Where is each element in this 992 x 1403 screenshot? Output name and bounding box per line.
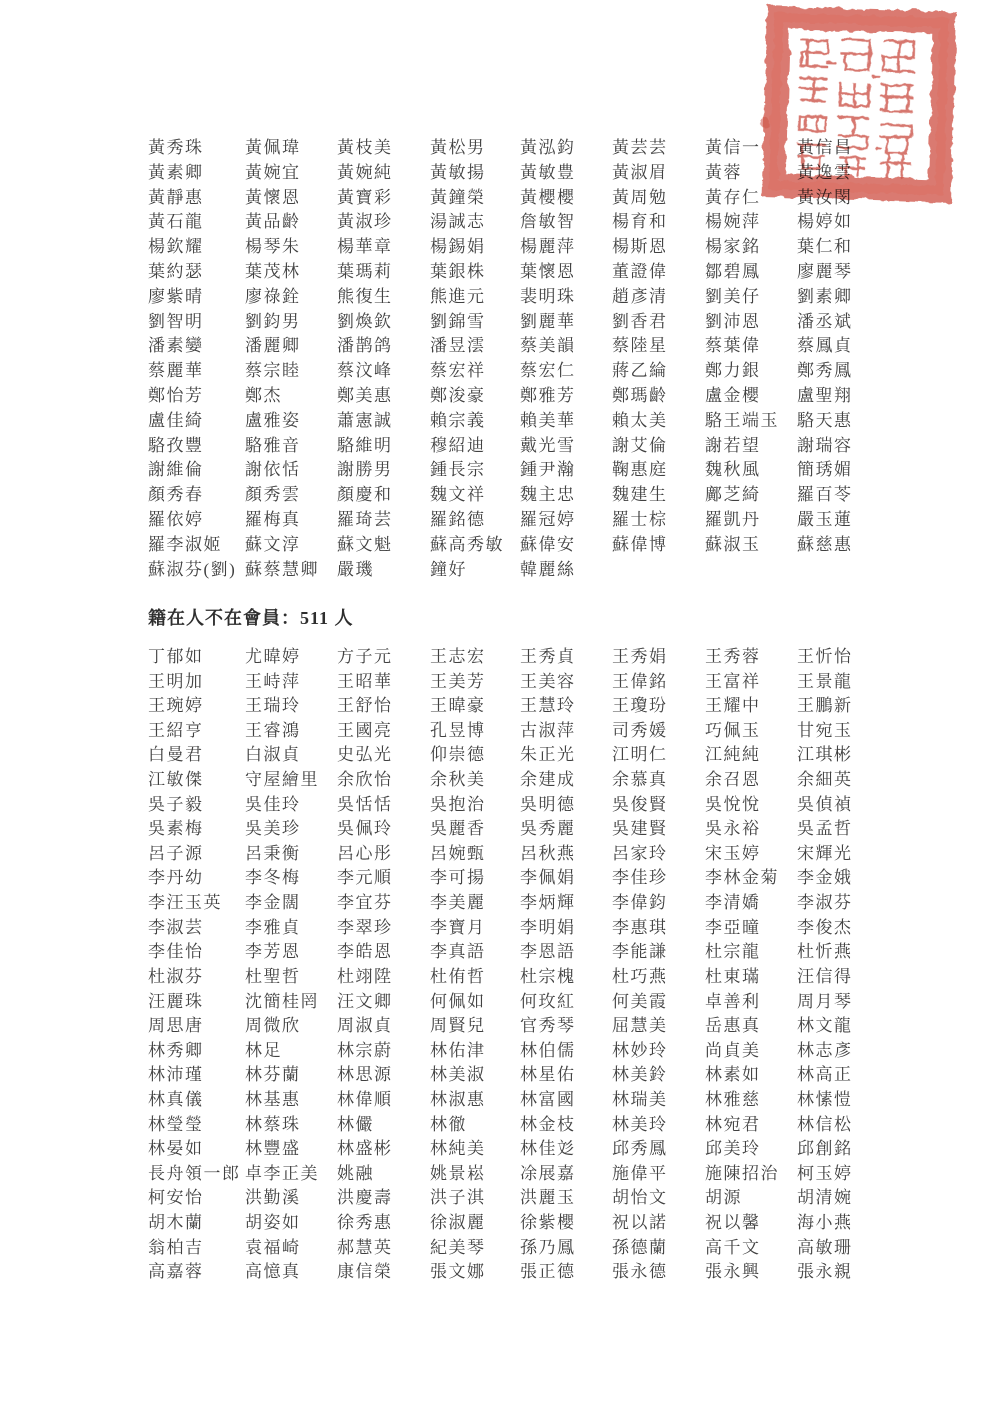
member-name: 李林金菊: [705, 866, 797, 891]
member-name: 林伯儒: [520, 1039, 612, 1064]
member-name: 胡怡文: [612, 1186, 705, 1211]
member-name: 黃寶彩: [337, 186, 430, 211]
member-name: 吳建賢: [612, 817, 705, 842]
member-name: 吳美珍: [245, 817, 337, 842]
member-name: 鄭怡芳: [148, 384, 245, 409]
member-name: 吳子毅: [148, 793, 245, 818]
member-name: 余欣怡: [337, 768, 430, 793]
name-row: 林秀卿林足林宗蔚林佑津林伯儒林妙玲尚貞美林志彥: [148, 1039, 892, 1064]
member-name: 楊家銘: [705, 235, 797, 260]
member-name: 孔昱博: [430, 719, 520, 744]
member-name: 翁柏吉: [148, 1236, 245, 1261]
member-name: 劉鈞男: [245, 310, 337, 335]
member-name: 蔡宏仁: [520, 359, 612, 384]
name-row: 呂子源呂秉衡呂心彤呂婉甄呂秋燕呂家玲宋玉婷宋輝光: [148, 842, 892, 867]
red-seal-stamp: [757, 3, 961, 207]
member-name: 謝若望: [705, 434, 797, 459]
member-name: 孫德蘭: [612, 1236, 705, 1261]
member-name: 王昭華: [337, 670, 430, 695]
member-name: 王耀中: [705, 694, 797, 719]
name-row: 羅依婷羅梅真羅琦芸羅銘德羅冠婷羅士棕羅凱丹嚴玉蓮: [148, 508, 892, 533]
member-name: 蘇文魁: [337, 533, 430, 558]
member-name: 李惠琪: [612, 916, 705, 941]
member-name: 楊麗萍: [520, 235, 612, 260]
member-name: 董證偉: [612, 260, 705, 285]
member-name: 王睿鴻: [245, 719, 337, 744]
member-name: 王峙萍: [245, 670, 337, 695]
member-name: 葉銀株: [430, 260, 520, 285]
name-row: 林沛瑾林芬蘭林思源林美淑林星佑林美鈴林素如林高正: [148, 1063, 892, 1088]
member-name: 何佩如: [430, 990, 520, 1015]
member-name: 鍾尹瀚: [520, 458, 612, 483]
member-name: 邱秀鳳: [612, 1137, 705, 1162]
member-name: 林淑惠: [430, 1088, 520, 1113]
name-row: 顏秀春顏秀雲顏慶和魏文祥魏主忠魏建生鄺芝綺羅百苓: [148, 483, 892, 508]
member-name: 張正德: [520, 1260, 612, 1285]
member-name: 周淑貞: [337, 1014, 430, 1039]
member-name: 李芳恩: [245, 940, 337, 965]
member-name: 王瑞玲: [245, 694, 337, 719]
name-row: 蘇淑芬(劉)蘇蔡慧卿嚴璣鐘好韓麗絲: [148, 558, 892, 583]
name-row: 鄭怡芳鄭杰鄭美惠鄭浚豪鄭雅芳鄭瑪齡盧金櫻盧聖翔: [148, 384, 892, 409]
member-name: 蘇淑芬(劉): [148, 558, 245, 583]
member-name: 羅琦芸: [337, 508, 430, 533]
member-name: 呂秋燕: [520, 842, 612, 867]
member-name: 杜淑芬: [148, 965, 245, 990]
member-name: 林雅慈: [705, 1088, 797, 1113]
member-name: 丁郁如: [148, 645, 245, 670]
member-name: 凃展嘉: [520, 1162, 612, 1187]
member-name: 蘇慈惠: [797, 533, 892, 558]
member-name: 呂秉衡: [245, 842, 337, 867]
name-row: 駱孜豐駱雅音駱維明穆紹迪戴光雪謝艾倫謝若望謝瑞容: [148, 434, 892, 459]
member-name: 林星佑: [520, 1063, 612, 1088]
member-name: 汪文卿: [337, 990, 430, 1015]
member-name: 吳孟哲: [797, 817, 892, 842]
member-name: 楊琴朱: [245, 235, 337, 260]
member-name: 黃櫻櫻: [520, 186, 612, 211]
member-name: 黃婉純: [337, 161, 430, 186]
member-name: 杜宗槐: [520, 965, 612, 990]
member-name: 林佑津: [430, 1039, 520, 1064]
member-name: 周思唐: [148, 1014, 245, 1039]
name-row: 李淑芸李雅貞李翠珍李寶月李明娟李惠琪李亞曈李俊杰: [148, 916, 892, 941]
member-name: 呂心彤: [337, 842, 430, 867]
member-name: 黃佩瑋: [245, 136, 337, 161]
member-name: 賴太美: [612, 409, 705, 434]
member-name: 紀美琴: [430, 1236, 520, 1261]
member-name: 葉瑪莉: [337, 260, 430, 285]
member-name: 張文娜: [430, 1260, 520, 1285]
member-name: 蔡美韻: [520, 334, 612, 359]
member-name: 何玫紅: [520, 990, 612, 1015]
member-name: 林徹: [430, 1113, 520, 1138]
member-name: 廖麗琴: [797, 260, 892, 285]
member-name: 王國亮: [337, 719, 430, 744]
member-name: 卓李正美: [245, 1162, 337, 1187]
member-name: 蘇淑玉: [705, 533, 797, 558]
member-name: 宋輝光: [797, 842, 892, 867]
member-name: 李淑芬: [797, 891, 892, 916]
member-name: 洪麗玉: [520, 1186, 612, 1211]
member-name: 洪勤溪: [245, 1186, 337, 1211]
member-name: 甘宛玉: [797, 719, 892, 744]
members-list-continued: 黃秀珠黃佩瑋黃枝美黃松男黃泓鈞黃芸芸黃信一黃信昌黃素卿黃婉宜黃婉純黃敏揚黃敏豊黃…: [148, 136, 892, 582]
member-name: 史弘光: [337, 743, 430, 768]
member-name: 王舒怡: [337, 694, 430, 719]
member-name: 劉沛恩: [705, 310, 797, 335]
member-name: 李亞曈: [705, 916, 797, 941]
member-name: 林富國: [520, 1088, 612, 1113]
member-name: 羅冠婷: [520, 508, 612, 533]
member-name: 邱創銘: [797, 1137, 892, 1162]
name-row: 王明加王峙萍王昭華王美芳王美容王偉銘王富祥王景龍: [148, 670, 892, 695]
name-row: 白曼君白淑貞史弘光仰崇德朱正光江明仁江純純江琪彬: [148, 743, 892, 768]
member-name: 邱美玲: [705, 1137, 797, 1162]
member-name: 林瑞美: [612, 1088, 705, 1113]
member-name: 李淑芸: [148, 916, 245, 941]
member-name: 洪慶壽: [337, 1186, 430, 1211]
member-name: 祝以諾: [612, 1211, 705, 1236]
member-name: 宋玉婷: [705, 842, 797, 867]
member-name: 蔡麗華: [148, 359, 245, 384]
member-name: 林芬蘭: [245, 1063, 337, 1088]
member-name: 林真儀: [148, 1088, 245, 1113]
member-name: 王琬婷: [148, 694, 245, 719]
member-name: 胡清婉: [797, 1186, 892, 1211]
member-name: 海小燕: [797, 1211, 892, 1236]
member-name: 王瓊玢: [612, 694, 705, 719]
member-name: 鄭力銀: [705, 359, 797, 384]
member-name: 余召恩: [705, 768, 797, 793]
member-name: 李明娟: [520, 916, 612, 941]
member-name: 卓善利: [705, 990, 797, 1015]
name-row: 李丹幼李冬梅李元順李可揚李佩娟李佳珍李林金菊李金娥: [148, 866, 892, 891]
member-name: 鍾長宗: [430, 458, 520, 483]
member-name: 吳抱治: [430, 793, 520, 818]
member-name: 杜忻燕: [797, 940, 892, 965]
absent-members-header: 籍在人不在會員：511 人: [148, 604, 354, 632]
member-name: 黃石龍: [148, 210, 245, 235]
member-name: 王志宏: [430, 645, 520, 670]
member-name: 潘素孌: [148, 334, 245, 359]
member-name: 葉仁和: [797, 235, 892, 260]
member-name: 徐紫櫻: [520, 1211, 612, 1236]
member-name: 李炳輝: [520, 891, 612, 916]
member-name: 蕭憲誠: [337, 409, 430, 434]
member-name: 林瑩瑩: [148, 1113, 245, 1138]
member-name: 張永興: [705, 1260, 797, 1285]
member-name: 施偉平: [612, 1162, 705, 1187]
member-name: 白淑貞: [245, 743, 337, 768]
member-name: 高憶真: [245, 1260, 337, 1285]
member-name: 盧雅姿: [245, 409, 337, 434]
member-name: 趙彥清: [612, 285, 705, 310]
member-name: 徐秀惠: [337, 1211, 430, 1236]
member-name: 劉煥欽: [337, 310, 430, 335]
member-name: 謝維倫: [148, 458, 245, 483]
member-name: 江敏傑: [148, 768, 245, 793]
member-name: 鄺芝綺: [705, 483, 797, 508]
member-name: 杜侑哲: [430, 965, 520, 990]
member-name: 司秀媛: [612, 719, 705, 744]
member-name: 謝勝男: [337, 458, 430, 483]
member-name: 蔡葉偉: [705, 334, 797, 359]
member-name: 蘇蔡慧卿: [245, 558, 337, 583]
member-name: 江琪彬: [797, 743, 892, 768]
member-name: 胡源: [705, 1186, 797, 1211]
member-name: 鄭浚豪: [430, 384, 520, 409]
member-name: 祝以馨: [705, 1211, 797, 1236]
member-name: 李金娥: [797, 866, 892, 891]
member-name: 李佳怡: [148, 940, 245, 965]
member-name: 蔡宏祥: [430, 359, 520, 384]
member-name: 魏秋風: [705, 458, 797, 483]
member-name: 葉茂林: [245, 260, 337, 285]
member-name: 廖祿銓: [245, 285, 337, 310]
member-name: 林金枝: [520, 1113, 612, 1138]
member-name: 姚景崧: [430, 1162, 520, 1187]
member-name: 羅梅真: [245, 508, 337, 533]
member-name: 李金闊: [245, 891, 337, 916]
member-name: 鄭瑪齡: [612, 384, 705, 409]
member-name: 林妙玲: [612, 1039, 705, 1064]
member-name: 盧聖翔: [797, 384, 892, 409]
member-name: 穆紹迪: [430, 434, 520, 459]
name-row: 吳子毅吳佳玲吳恬恬吳抱治吳明德吳俊賢吳悅悅吳偵禎: [148, 793, 892, 818]
member-name: 鞠惠庭: [612, 458, 705, 483]
member-name: 顏秀雲: [245, 483, 337, 508]
member-name: 黃周勉: [612, 186, 705, 211]
member-name: 盧金櫻: [705, 384, 797, 409]
member-name: 駱孜豐: [148, 434, 245, 459]
member-name: 袁福崎: [245, 1236, 337, 1261]
name-row: 劉智明劉鈞男劉煥欽劉錦雪劉麗華劉香君劉沛恩潘丞斌: [148, 310, 892, 335]
member-name: 李冬梅: [245, 866, 337, 891]
member-name: 守屋繪里: [245, 768, 337, 793]
member-name: 鄭秀鳳: [797, 359, 892, 384]
member-name: 林宗蔚: [337, 1039, 430, 1064]
member-name: 長舟領一郎: [148, 1162, 245, 1187]
member-name: 謝瑞容: [797, 434, 892, 459]
member-name: 王秀娟: [612, 645, 705, 670]
member-name: 潘昱澐: [430, 334, 520, 359]
member-name: 尤暐婷: [245, 645, 337, 670]
member-name: 王景龍: [797, 670, 892, 695]
name-row: 羅李淑姬蘇文淳蘇文魁蘇高秀敏蘇偉安蘇偉博蘇淑玉蘇慈惠: [148, 533, 892, 558]
member-name: 江明仁: [612, 743, 705, 768]
member-name: 官秀琴: [520, 1014, 612, 1039]
member-name: 羅李淑姬: [148, 533, 245, 558]
member-name: 施陳招治: [705, 1162, 797, 1187]
member-name: 林素如: [705, 1063, 797, 1088]
member-name: 呂子源: [148, 842, 245, 867]
member-name: 高嘉蓉: [148, 1260, 245, 1285]
member-name: 楊育和: [612, 210, 705, 235]
member-name: 屈慧美: [612, 1014, 705, 1039]
member-name: 徐淑麗: [430, 1211, 520, 1236]
member-name: 康信榮: [337, 1260, 430, 1285]
member-name: 黃婉宜: [245, 161, 337, 186]
member-name: 王富祥: [705, 670, 797, 695]
name-row: 黃石龍黃品齡黃淑珍湯誠志詹敏智楊育和楊婉萍楊婷如: [148, 210, 892, 235]
member-name: 楊欽耀: [148, 235, 245, 260]
member-name: 駱維明: [337, 434, 430, 459]
member-name: 王紹亨: [148, 719, 245, 744]
member-name: 黃品齡: [245, 210, 337, 235]
member-name: 尚貞美: [705, 1039, 797, 1064]
member-name: 吳俊賢: [612, 793, 705, 818]
member-name: 黃敏揚: [430, 161, 520, 186]
name-row: 潘素孌潘麗卿潘鹊鸽潘昱澐蔡美韻蔡陸星蔡葉偉蔡鳳貞: [148, 334, 892, 359]
member-name: 劉麗華: [520, 310, 612, 335]
member-name: 吳秀麗: [520, 817, 612, 842]
member-name: 李佩娟: [520, 866, 612, 891]
member-name: 張永親: [797, 1260, 892, 1285]
member-name: 吳明德: [520, 793, 612, 818]
name-row: 王琬婷王瑞玲王舒怡王暐豪王慧玲王瓊玢王耀中王鵬新: [148, 694, 892, 719]
name-row: 李佳怡李芳恩李皓恩李真語李恩語李能謙杜宗龍杜忻燕: [148, 940, 892, 965]
member-name: 李元順: [337, 866, 430, 891]
document-page: 黃秀珠黃佩瑋黃枝美黃松男黃泓鈞黃芸芸黃信一黃信昌黃素卿黃婉宜黃婉純黃敏揚黃敏豊黃…: [0, 0, 992, 1403]
member-name: 呂家玲: [612, 842, 705, 867]
member-name: 沈簡桂罔: [245, 990, 337, 1015]
member-name: 林宛君: [705, 1113, 797, 1138]
member-name: 杜東璊: [705, 965, 797, 990]
member-name: 魏建生: [612, 483, 705, 508]
member-name: 林豐盛: [245, 1137, 337, 1162]
name-row: 葉約瑟葉茂林葉瑪莉葉銀株葉懷恩董證偉鄒碧鳳廖麗琴: [148, 260, 892, 285]
name-row: 林瑩瑩林蔡珠林儼林徹林金枝林美玲林宛君林信松: [148, 1113, 892, 1138]
member-name: 古淑萍: [520, 719, 612, 744]
member-name: 周賢兒: [430, 1014, 520, 1039]
member-name: 謝艾倫: [612, 434, 705, 459]
member-name: 顏慶和: [337, 483, 430, 508]
member-name: 江純純: [705, 743, 797, 768]
member-name: 李皓恩: [337, 940, 430, 965]
member-name: 柯安怡: [148, 1186, 245, 1211]
member-name: 謝依恬: [245, 458, 337, 483]
member-name: 林美鈴: [612, 1063, 705, 1088]
member-name: 余秋美: [430, 768, 520, 793]
member-name: 王美芳: [430, 670, 520, 695]
member-name: 黃淑眉: [612, 161, 705, 186]
member-name: 楊華章: [337, 235, 430, 260]
member-name: 黃泓鈞: [520, 136, 612, 161]
member-name: 羅士棕: [612, 508, 705, 533]
member-name: 林秀卿: [148, 1039, 245, 1064]
name-row: 周思唐周微欣周淑貞周賢兒官秀琴屈慧美岳惠真林文龍: [148, 1014, 892, 1039]
member-name: 鄒碧鳳: [705, 260, 797, 285]
member-name: 蔡陸星: [612, 334, 705, 359]
member-name: 葉懷恩: [520, 260, 612, 285]
member-name: 周月琴: [797, 990, 892, 1015]
member-name: 林佳彣: [520, 1137, 612, 1162]
member-name: 汪麗珠: [148, 990, 245, 1015]
member-name: 李美麗: [430, 891, 520, 916]
member-name: 林偉順: [337, 1088, 430, 1113]
member-name: 林美玲: [612, 1113, 705, 1138]
member-name: 林足: [245, 1039, 337, 1064]
member-name: 蔡汶峰: [337, 359, 430, 384]
member-name: 葉約瑟: [148, 260, 245, 285]
absent-members-list: 丁郁如尤暐婷方子元王志宏王秀貞王秀娟王秀蓉王忻怡王明加王峙萍王昭華王美芳王美容王…: [148, 645, 892, 1285]
member-name: 張永德: [612, 1260, 705, 1285]
member-name: 李可揚: [430, 866, 520, 891]
name-row: 蔡麗華蔡宗睦蔡汶峰蔡宏祥蔡宏仁蔣乙綸鄭力銀鄭秀鳳: [148, 359, 892, 384]
name-row: 丁郁如尤暐婷方子元王志宏王秀貞王秀娟王秀蓉王忻怡: [148, 645, 892, 670]
name-row: 楊欽耀楊琴朱楊華章楊錫娟楊麗萍楊斯恩楊家銘葉仁和: [148, 235, 892, 260]
member-name: 林美淑: [430, 1063, 520, 1088]
member-name: 駱王端玉: [705, 409, 797, 434]
member-name: 楊婉萍: [705, 210, 797, 235]
member-name: 羅銘德: [430, 508, 520, 533]
member-name: 戴光雪: [520, 434, 612, 459]
member-name: 林基惠: [245, 1088, 337, 1113]
member-name: 朱正光: [520, 743, 612, 768]
member-name: 林沛瑾: [148, 1063, 245, 1088]
member-name: 劉素卿: [797, 285, 892, 310]
member-name: 嚴玉蓮: [797, 508, 892, 533]
member-name: 李清嬌: [705, 891, 797, 916]
member-name: 蘇偉博: [612, 533, 705, 558]
member-name: 柯玉婷: [797, 1162, 892, 1187]
member-name: 李宜芬: [337, 891, 430, 916]
member-name: 李偉鈞: [612, 891, 705, 916]
member-name: 李佳珍: [612, 866, 705, 891]
member-name: 廖紫晴: [148, 285, 245, 310]
member-name: 李丹幼: [148, 866, 245, 891]
member-name: 呂婉甄: [430, 842, 520, 867]
member-name: 吳佳玲: [245, 793, 337, 818]
member-name: 黃素卿: [148, 161, 245, 186]
member-name: 王明加: [148, 670, 245, 695]
member-name: 王偉銘: [612, 670, 705, 695]
member-name: 王忻怡: [797, 645, 892, 670]
member-name: 周微欣: [245, 1014, 337, 1039]
member-name: 蘇文淳: [245, 533, 337, 558]
member-name: 劉錦雪: [430, 310, 520, 335]
name-row: 江敏傑守屋繪里余欣怡余秋美余建成余慕真余召恩余細英: [148, 768, 892, 793]
member-name: 蘇高秀敏: [430, 533, 520, 558]
member-name: 蘇偉安: [520, 533, 612, 558]
member-name: 駱雅音: [245, 434, 337, 459]
name-row: 翁柏吉袁福崎郝慧英紀美琴孫乃鳳孫德蘭高千文高敏珊: [148, 1236, 892, 1261]
member-name: 湯誠志: [430, 210, 520, 235]
member-name: 林高正: [797, 1063, 892, 1088]
member-name: 王秀貞: [520, 645, 612, 670]
member-name: 林純美: [430, 1137, 520, 1162]
member-name: 林志彥: [797, 1039, 892, 1064]
member-name: 楊婷如: [797, 210, 892, 235]
member-name: 杜翊陞: [337, 965, 430, 990]
member-name: 杜巧燕: [612, 965, 705, 990]
member-name: 吳佩玲: [337, 817, 430, 842]
member-name: 劉美仔: [705, 285, 797, 310]
member-name: 鄭雅芳: [520, 384, 612, 409]
member-name: 白曼君: [148, 743, 245, 768]
member-name: 賴美華: [520, 409, 612, 434]
member-name: 吳永裕: [705, 817, 797, 842]
member-name: 蔣乙綸: [612, 359, 705, 384]
name-row: 林真儀林基惠林偉順林淑惠林富國林瑞美林雅慈林愫愷: [148, 1088, 892, 1113]
member-name: 李汪玉英: [148, 891, 245, 916]
member-name: 鄭杰: [245, 384, 337, 409]
member-name: 杜聖哲: [245, 965, 337, 990]
member-name: 林晏如: [148, 1137, 245, 1162]
name-row: 胡木蘭胡姿如徐秀惠徐淑麗徐紫櫻祝以諾祝以馨海小燕: [148, 1211, 892, 1236]
member-name: 吳素梅: [148, 817, 245, 842]
